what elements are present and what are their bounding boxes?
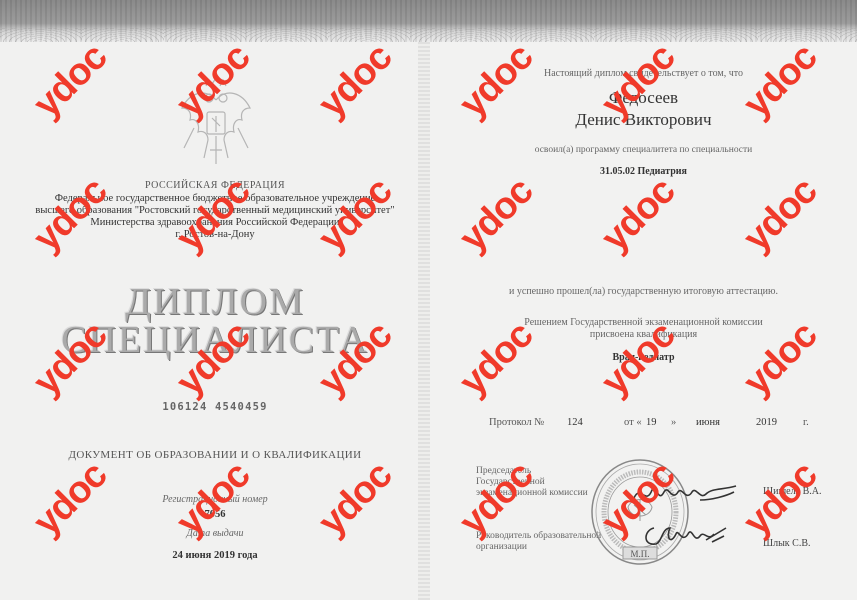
protocol-year: 2019 (756, 417, 777, 428)
serial-number: 106124 4540459 (0, 401, 430, 413)
protocol-year-suffix: г. (803, 417, 809, 428)
org-line: г. Ростов-на-Дону (0, 229, 430, 241)
graduate-surname: Федосеев (430, 88, 857, 108)
protocol-month: июня (696, 417, 720, 428)
decorative-border (430, 0, 857, 42)
protocol-close-quote: » (671, 417, 676, 428)
russian-coat-of-arms-icon (176, 78, 256, 170)
certifies-text: Настоящий диплом свидетельствует о том, … (430, 68, 857, 79)
head-label: Руководитель образовательной организации (476, 531, 601, 553)
chair-name: Шишель В.А. (763, 486, 822, 497)
stamp-label: М.П. (630, 549, 649, 559)
chair-label: Председатель Государственной экзаменацио… (476, 466, 588, 499)
diploma-right-page: Настоящий диплом свидетельствует о том, … (430, 0, 857, 600)
decision-line: Решением Государственной экзаменационной… (430, 317, 857, 329)
document-type: ДОКУМЕНТ ОБ ОБРАЗОВАНИИ И О КВАЛИФИКАЦИИ (0, 449, 430, 461)
issuing-organization: Федеральное государственное бюджетное об… (0, 193, 430, 241)
commission-decision: Решением Государственной экзаменационной… (430, 317, 857, 341)
diploma-left-page: РОССИЙСКАЯ ФЕДЕРАЦИЯ Федеральное государ… (0, 0, 430, 600)
org-line: Министерства здравоохранения Российской … (0, 217, 430, 229)
specialty: 31.05.02 Педиатрия (430, 166, 857, 177)
mastered-program-text: освоил(а) программу специалитета по спец… (430, 145, 857, 155)
org-line: высшего образования "Ростовский государс… (0, 205, 430, 217)
registration-number: 7056 (0, 509, 430, 520)
issue-date-label: Дата выдачи (0, 528, 430, 539)
diploma-title: ДИПЛОМ (0, 282, 430, 322)
qualification: Врач-педиатр (430, 352, 857, 363)
official-seal-icon: М.П. (590, 457, 690, 567)
registration-label: Регистрационный номер (0, 494, 430, 505)
decision-line: присвоена квалификация (430, 329, 857, 341)
handwritten-signature-icon (640, 520, 730, 550)
issue-date: 24 июня 2019 года (0, 550, 430, 561)
handwritten-signature-icon (630, 478, 740, 510)
attestation-text: и успешно прошел(ла) государственную ито… (430, 286, 857, 297)
protocol-number: 124 (567, 417, 583, 428)
diploma-subtitle: СПЕЦИАЛИСТА (0, 320, 430, 360)
protocol-from-label: от « (624, 417, 642, 428)
head-name: Шлык С.В. (763, 538, 811, 549)
org-line: Федеральное государственное бюджетное об… (0, 193, 430, 205)
country-name: РОССИЙСКАЯ ФЕДЕРАЦИЯ (0, 180, 430, 191)
graduate-given-names: Денис Викторович (430, 110, 857, 130)
decorative-border (0, 0, 430, 42)
protocol-day: 19 (646, 417, 657, 428)
protocol-label: Протокол № (489, 417, 544, 428)
